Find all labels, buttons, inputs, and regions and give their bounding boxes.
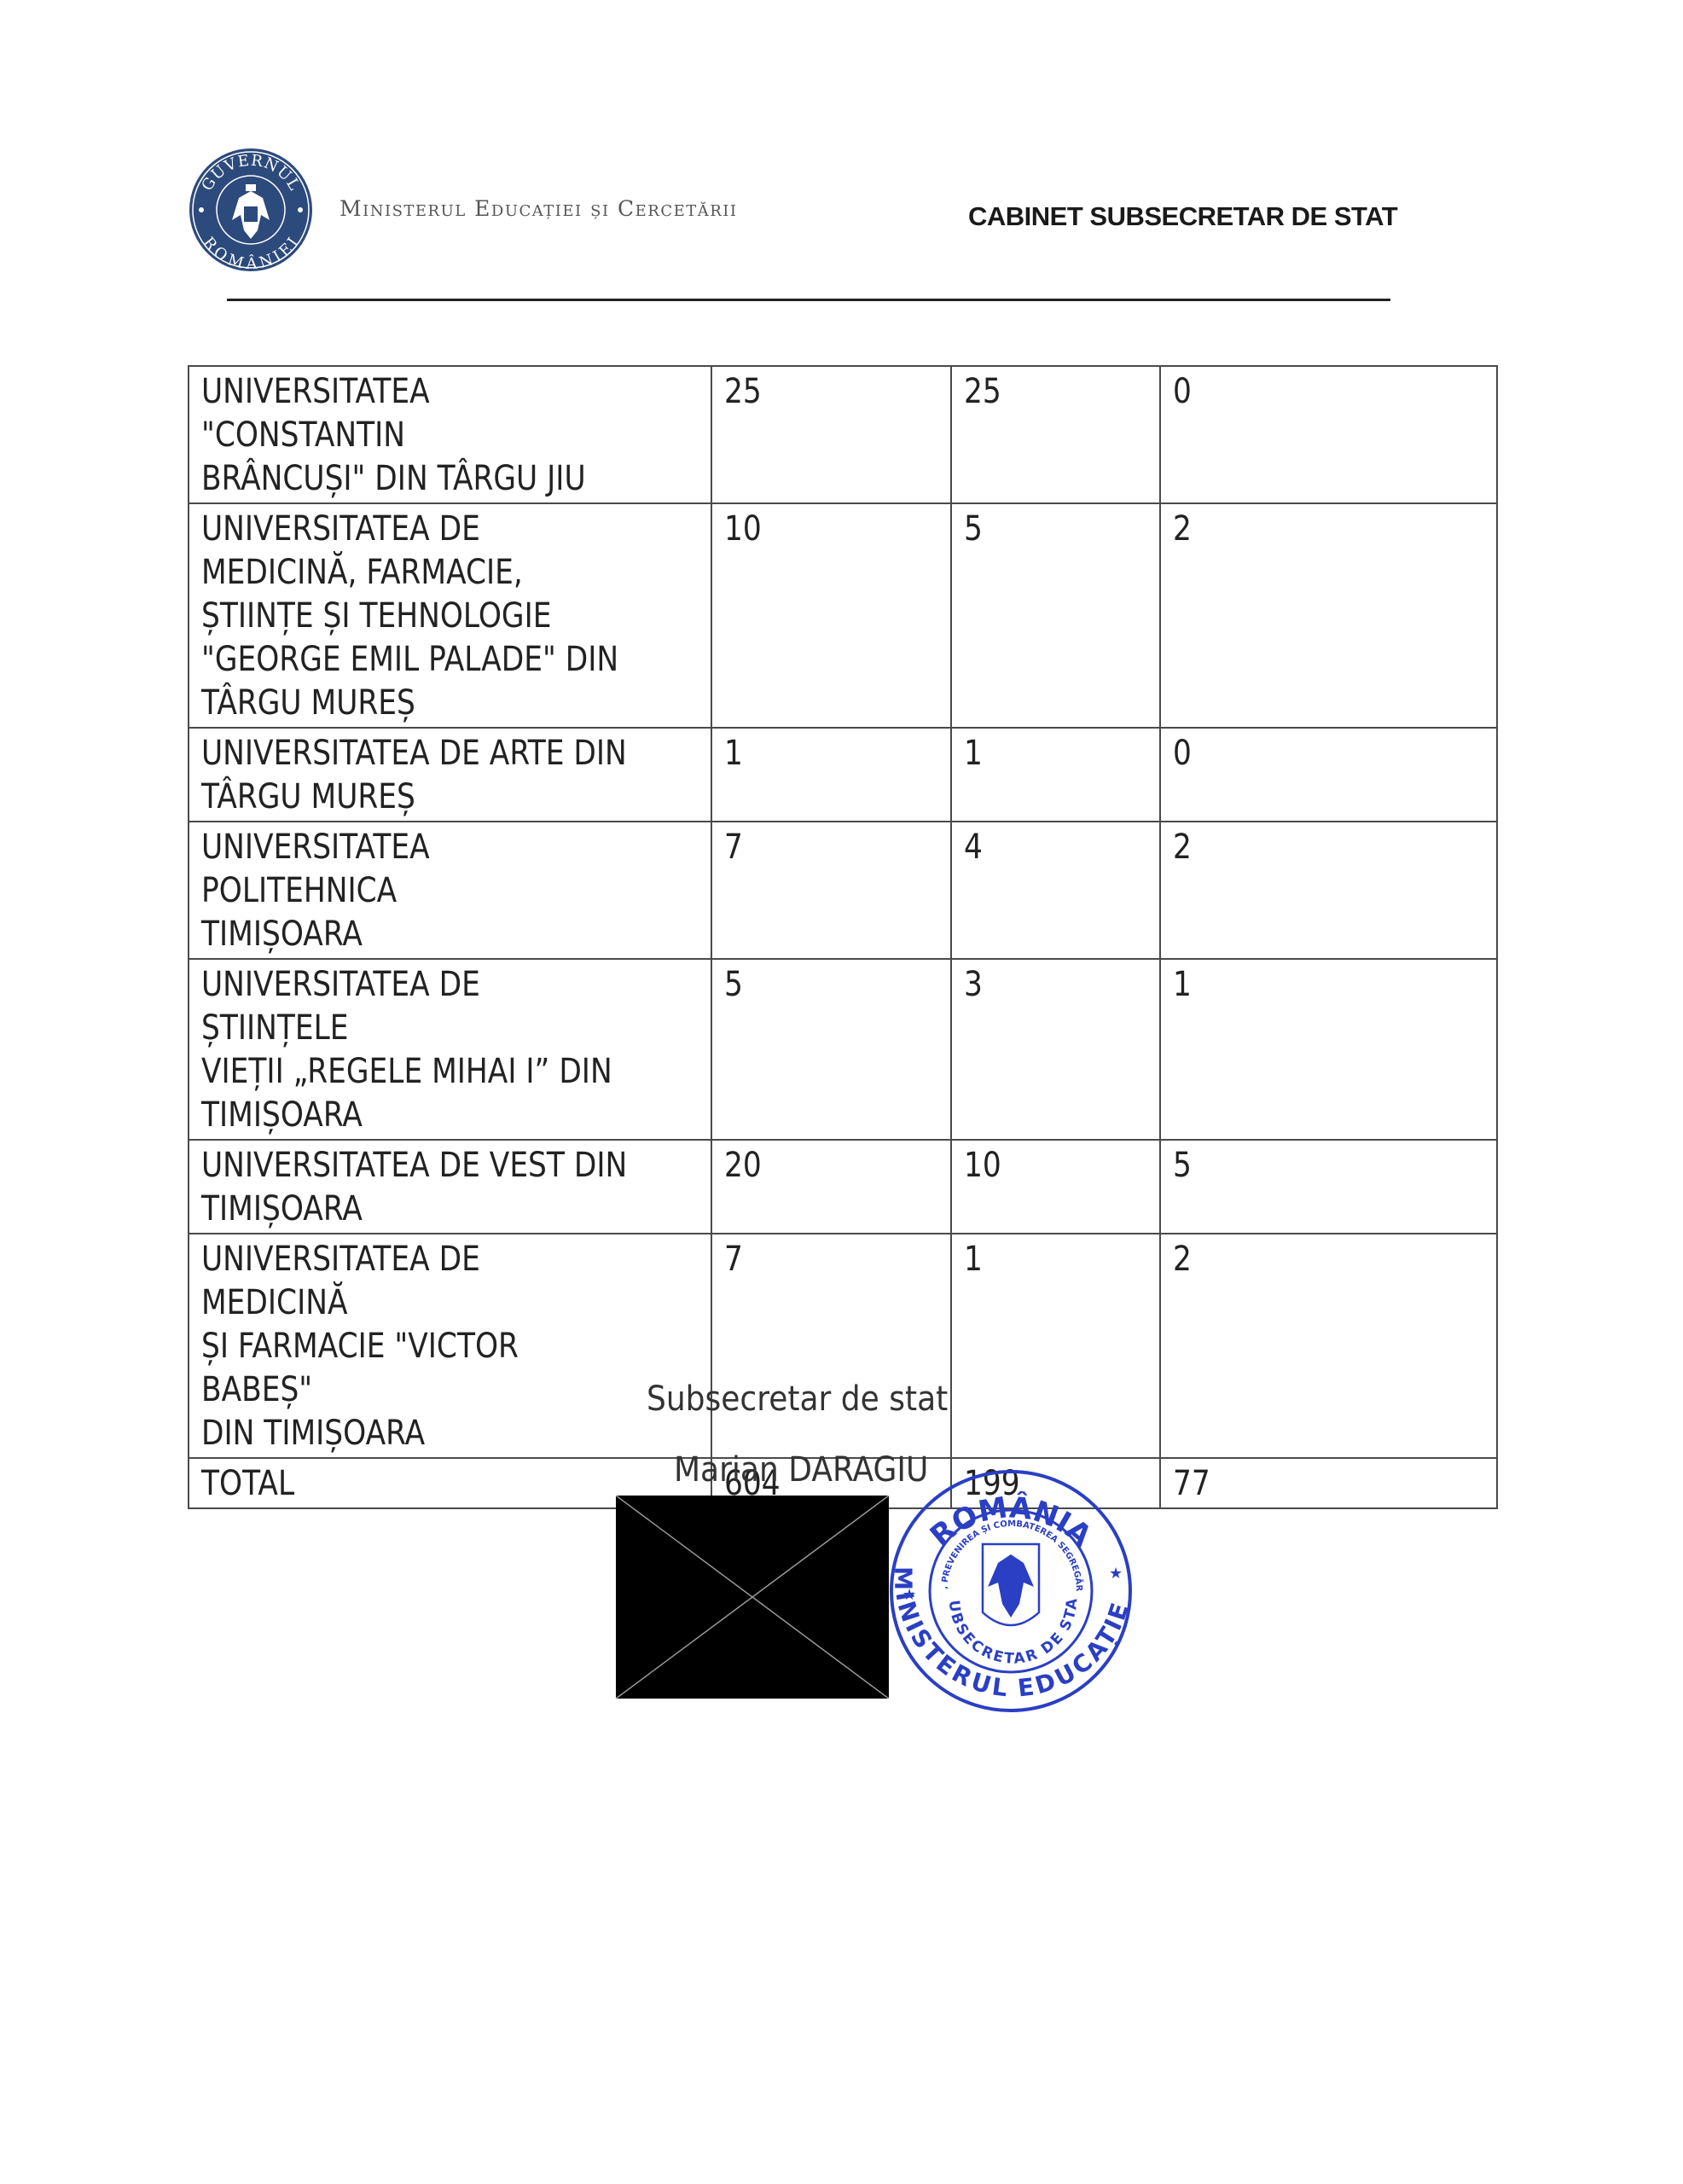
value-cell-3-text: 0: [1173, 370, 1192, 414]
value-cell-1-text: 7: [724, 826, 743, 869]
value-cell-3-text: 2: [1173, 1238, 1192, 1281]
table-row: UNIVERSITATEA DE ȘTIINȚELE VIEȚII „REGEL…: [189, 959, 1497, 1140]
university-name-cell: UNIVERSITATEA DE MEDICINĂ ȘI FARMACIE "V…: [189, 1234, 711, 1458]
table-row: UNIVERSITATEA DE ARTE DIN TÂRGU MUREȘ110: [189, 728, 1497, 822]
value-cell-2-text: 1: [964, 1238, 983, 1281]
university-name-cell-text: UNIVERSITATEA POLITEHNICA TIMIȘOARA: [201, 826, 629, 956]
university-name-cell: UNIVERSITATEA "CONSTANTIN BRÂNCUȘI" DIN …: [189, 366, 711, 503]
header-divider: [227, 299, 1390, 301]
value-cell-2: 25: [951, 366, 1160, 503]
university-name-cell-text: UNIVERSITATEA DE MEDICINĂ, FARMACIE, ȘTI…: [201, 508, 618, 725]
value-cell-1: 1: [711, 728, 951, 822]
value-cell-1: 7: [711, 822, 951, 959]
table-row: UNIVERSITATEA DE MEDICINĂ, FARMACIE, ȘTI…: [189, 503, 1497, 728]
value-cell-2-text: 5: [964, 508, 983, 551]
value-cell-3-text: 1: [1173, 963, 1192, 1007]
university-name-cell-text: TOTAL: [201, 1462, 294, 1506]
redacted-signature: [616, 1496, 889, 1699]
table-row: UNIVERSITATEA POLITEHNICA TIMIȘOARA742: [189, 822, 1497, 959]
value-cell-2-text: 10: [964, 1144, 1001, 1188]
value-cell-3: 1: [1160, 959, 1497, 1140]
university-name-cell: UNIVERSITATEA DE MEDICINĂ, FARMACIE, ȘTI…: [189, 503, 711, 728]
table-row: UNIVERSITATEA DE MEDICINĂ ȘI FARMACIE "V…: [189, 1234, 1497, 1458]
value-cell-3-text: 77: [1173, 1462, 1210, 1506]
value-cell-1-text: 7: [724, 1238, 743, 1281]
university-name-cell: UNIVERSITATEA DE ARTE DIN TÂRGU MUREȘ: [189, 728, 711, 822]
value-cell-3-text: 0: [1173, 732, 1192, 775]
value-cell-1-text: 5: [724, 963, 743, 1007]
value-cell-2-text: 1: [964, 732, 983, 775]
table-row: UNIVERSITATEA "CONSTANTIN BRÂNCUȘI" DIN …: [189, 366, 1497, 503]
value-cell-1-text: 1: [724, 732, 743, 775]
university-name-cell: UNIVERSITATEA POLITEHNICA TIMIȘOARA: [189, 822, 711, 959]
value-cell-2: 5: [951, 503, 1160, 728]
value-cell-3-text: 5: [1173, 1144, 1192, 1188]
value-cell-2-text: 4: [964, 826, 983, 869]
value-cell-2: 1: [951, 728, 1160, 822]
value-cell-2-text: 25: [964, 370, 1001, 414]
value-cell-1: 25: [711, 366, 951, 503]
value-cell-1: 5: [711, 959, 951, 1140]
svg-text:★: ★: [1109, 1565, 1123, 1583]
value-cell-2: 4: [951, 822, 1160, 959]
university-name-cell-text: UNIVERSITATEA DE MEDICINĂ ȘI FARMACIE "V…: [201, 1238, 629, 1455]
university-name-cell-text: UNIVERSITATEA DE ȘTIINȚELE VIEȚII „REGEL…: [201, 963, 629, 1137]
university-name-cell: UNIVERSITATEA DE ȘTIINȚELE VIEȚII „REGEL…: [189, 959, 711, 1140]
value-cell-2: 3: [951, 959, 1160, 1140]
value-cell-1-text: 10: [724, 508, 762, 551]
value-cell-2: 1: [951, 1234, 1160, 1458]
university-name-cell-text: UNIVERSITATEA DE VEST DIN TIMIȘOARA: [201, 1144, 627, 1231]
value-cell-1: 7: [711, 1234, 951, 1458]
university-name-cell: UNIVERSITATEA DE VEST DIN TIMIȘOARA: [189, 1140, 711, 1234]
cabinet-title: CABINET SUBSECRETAR DE STAT: [968, 201, 1397, 232]
svg-text:★: ★: [902, 1586, 916, 1604]
svg-text:SUBSECRETAR DE STAT: SUBSECRETAR DE STAT: [879, 1450, 1081, 1668]
government-logo: GUVERNUL ROMÂNIEI: [188, 147, 314, 273]
official-stamp: ROMÂNIA MINISTERUL EDUCAȚIEI INCLUZIUNE …: [879, 1450, 1143, 1732]
university-name-cell-text: UNIVERSITATEA "CONSTANTIN BRÂNCUȘI" DIN …: [201, 370, 629, 501]
value-cell-3: 77: [1160, 1458, 1497, 1508]
university-name-cell-text: UNIVERSITATEA DE ARTE DIN TÂRGU MUREȘ: [201, 732, 627, 819]
ministry-name: Ministerul Educației și Cercetării: [340, 196, 738, 221]
value-cell-3-text: 2: [1173, 508, 1192, 551]
table-row: UNIVERSITATEA DE VEST DIN TIMIȘOARA20105: [189, 1140, 1497, 1234]
value-cell-1: 20: [711, 1140, 951, 1234]
value-cell-3: 0: [1160, 366, 1497, 503]
signatory-title: Subsecretar de stat: [647, 1380, 948, 1419]
universities-table: UNIVERSITATEA "CONSTANTIN BRÂNCUȘI" DIN …: [188, 365, 1498, 1509]
value-cell-1-text: 20: [724, 1144, 762, 1188]
value-cell-3: 0: [1160, 728, 1497, 822]
value-cell-3: 2: [1160, 1234, 1497, 1458]
value-cell-2: 10: [951, 1140, 1160, 1234]
value-cell-3-text: 2: [1173, 826, 1192, 869]
value-cell-3: 2: [1160, 822, 1497, 959]
value-cell-1: 10: [711, 503, 951, 728]
value-cell-1-text: 25: [724, 370, 762, 414]
value-cell-2-text: 3: [964, 963, 983, 1007]
value-cell-3: 2: [1160, 503, 1497, 728]
value-cell-3: 5: [1160, 1140, 1497, 1234]
